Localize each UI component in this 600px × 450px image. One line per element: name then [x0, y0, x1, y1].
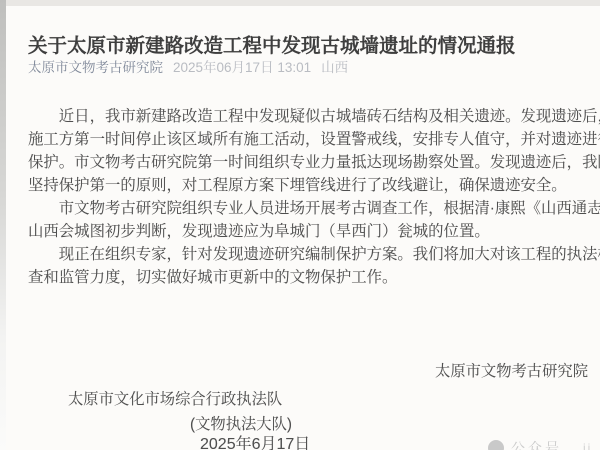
watermark: 公众号 ii [488, 438, 592, 450]
watermark-suffix: ii [583, 441, 592, 450]
article-page: 关于太原市新建路改造工程中发现古城墙遗址的情况通报 太原市文物考古研究院 202… [0, 0, 600, 450]
body-line: 近日，我市新建路改造工程中发现疑似古城墙砖石结构及相关遗迹。发现遗迹后， [28, 105, 600, 128]
byline: 太原市文物考古研究院 2025年06月17日 13:01 山西 [28, 59, 348, 77]
left-edge-strip [0, 0, 6, 450]
body-line: 查和监管力度，切实做好城市更新中的文物保护工作。 [28, 266, 600, 289]
article-title: 关于太原市新建路改造工程中发现古城墙遗址的情况通报 [28, 33, 516, 59]
body-line: 保护。市文物考古研究院第一时间组织专业力量抵达现场勘察处置。发现遗迹后，我院 [28, 151, 600, 174]
top-edge-strip [0, 0, 600, 6]
signature-law-enforcement-team: 太原市文化市场综合行政执法队 [68, 390, 282, 410]
watermark-label: 公众号 [511, 438, 562, 450]
body-line: 市文物考古研究院组织专业人员进场开展考古调查工作，根据清·康熙《山西通志》 [28, 197, 600, 220]
article-body: 近日，我市新建路改造工程中发现疑似古城墙砖石结构及相关遗迹。发现遗迹后， 施工方… [28, 105, 600, 289]
signature-date: 2025年6月17日 [200, 435, 310, 450]
signature-archaeology-institute: 太原市文物考古研究院 [0, 362, 588, 382]
watermark-circle-icon [488, 440, 504, 450]
signature-relics-enforcement-brigade: (文物执法大队) [190, 415, 292, 435]
body-line: 施工方第一时间停止该区域所有施工活动，设置警戒线，安排专人值守，并对遗迹进行 [28, 128, 600, 151]
publish-location: 山西 [321, 59, 348, 77]
body-line: 坚持保护第一的原则，对工程原方案下埋管线进行了改线避让，确保遗迹安全。 [28, 174, 600, 197]
body-line: 现正在组织专家，针对发现遗迹研究编制保护方案。我们将加大对该工程的执法检 [28, 243, 600, 266]
publish-datetime: 2025年06月17日 13:01 [173, 59, 311, 77]
account-name-link[interactable]: 太原市文物考古研究院 [28, 59, 163, 77]
body-line: 山西会城图初步判断，发现遗迹应为阜城门（旱西门）瓮城的位置。 [28, 220, 600, 243]
